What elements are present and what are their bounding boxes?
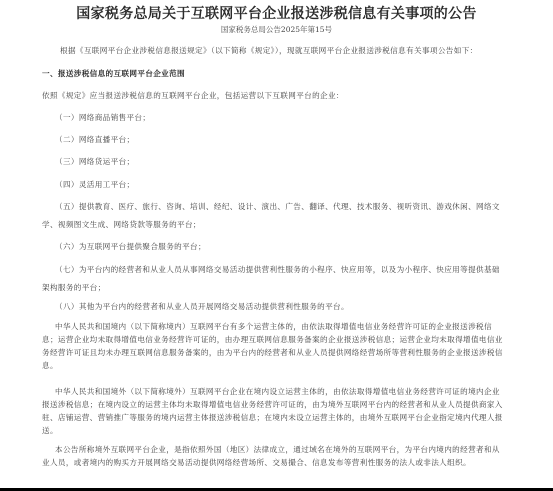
paragraph-definition-line-1: 本公告所称境外互联网平台企业，是指依照外国（地区）法律成立，通过域名在境外的互联… (55, 445, 500, 455)
list-item-3: （三）网络货运平台； (55, 157, 134, 167)
list-item-1: （一）网络商品销售平台； (55, 113, 150, 123)
paragraph-domestic-line-2: 息；运营企业均未取得增值电信业务经营许可证的，由办理互联网信息服务备案的企业报送… (42, 335, 503, 345)
announcement-document: 国家税务总局关于互联网平台企业报送涉税信息有关事项的公告 国家税务总局公告202… (0, 0, 553, 491)
section-heading: 一、报送涉税信息的互联网平台企业范围 (42, 69, 185, 79)
paragraph-definition-line-2: 业人员，或者境内的购买方开展网络交易活动提供网络经营场所、交易撮合、信息发布等营… (42, 458, 471, 468)
document-number: 国家税务总局公告2025年第15号 (0, 25, 553, 35)
paragraph-domestic-line-1: 中华人民共和国境内（以下简称境内）互联网平台有多个运营主体的，由依法取得增值电信… (55, 322, 492, 332)
list-item-5-cont: 学、视频图文生成、网络贷款等服务的平台； (42, 220, 201, 230)
document-title: 国家税务总局关于互联网平台企业报送涉税信息有关事项的公告 (0, 6, 553, 22)
intro-paragraph: 根据《互联网平台企业涉税信息报送规定》（以下简称《规定》），现就互联网平台企业报… (60, 46, 478, 56)
list-item-8: （八）其他为平台内的经营者和从业人员开展网络交易活动提供营利性服务的平台。 (55, 302, 349, 312)
list-item-4: （四）灵活用工平台； (55, 180, 134, 190)
paragraph-domestic-line-3: 务经营许可证且均未办理互联网信息服务备案的，由为平台内的经营者和从业人员提供网络… (42, 348, 503, 358)
list-item-2: （二）网络直播平台； (55, 135, 134, 145)
list-item-7-cont: 架构服务的平台； (42, 283, 106, 293)
section-lead: 依照《规定》应当报送涉税信息的互联网平台企业，包括运营以下互联网平台的企业： (42, 91, 344, 101)
paragraph-domestic-line-4: 息。 (42, 361, 58, 371)
list-item-5: （五）提供教育、医疗、旅行、咨询、培训、经纪、设计、演出、广告、翻译、代理、技术… (55, 202, 500, 212)
list-item-7: （七）为平台内的经营者和从业人员从事网络交易活动提供营利性服务的小程序、快应用等… (55, 265, 500, 275)
paragraph-foreign-line-4: 送。 (42, 426, 58, 436)
paragraph-foreign-line-2: 报送涉税信息；在境内设立的运营主体均未取得增值电信业务经营许可证的，由为境外互联… (42, 400, 503, 410)
paragraph-foreign-line-1: 中华人民共和国境外（以下简称境外）互联网平台企业在境内设立运营主体的，由依法取得… (55, 387, 500, 397)
paragraph-foreign-line-3: 驻、店铺运营、营销推广等服务的境内运营主体报送涉税信息；在境内未设立运营主体的，… (42, 413, 503, 423)
list-item-6: （六）为互联网平台提供聚合服务的平台； (55, 242, 206, 252)
